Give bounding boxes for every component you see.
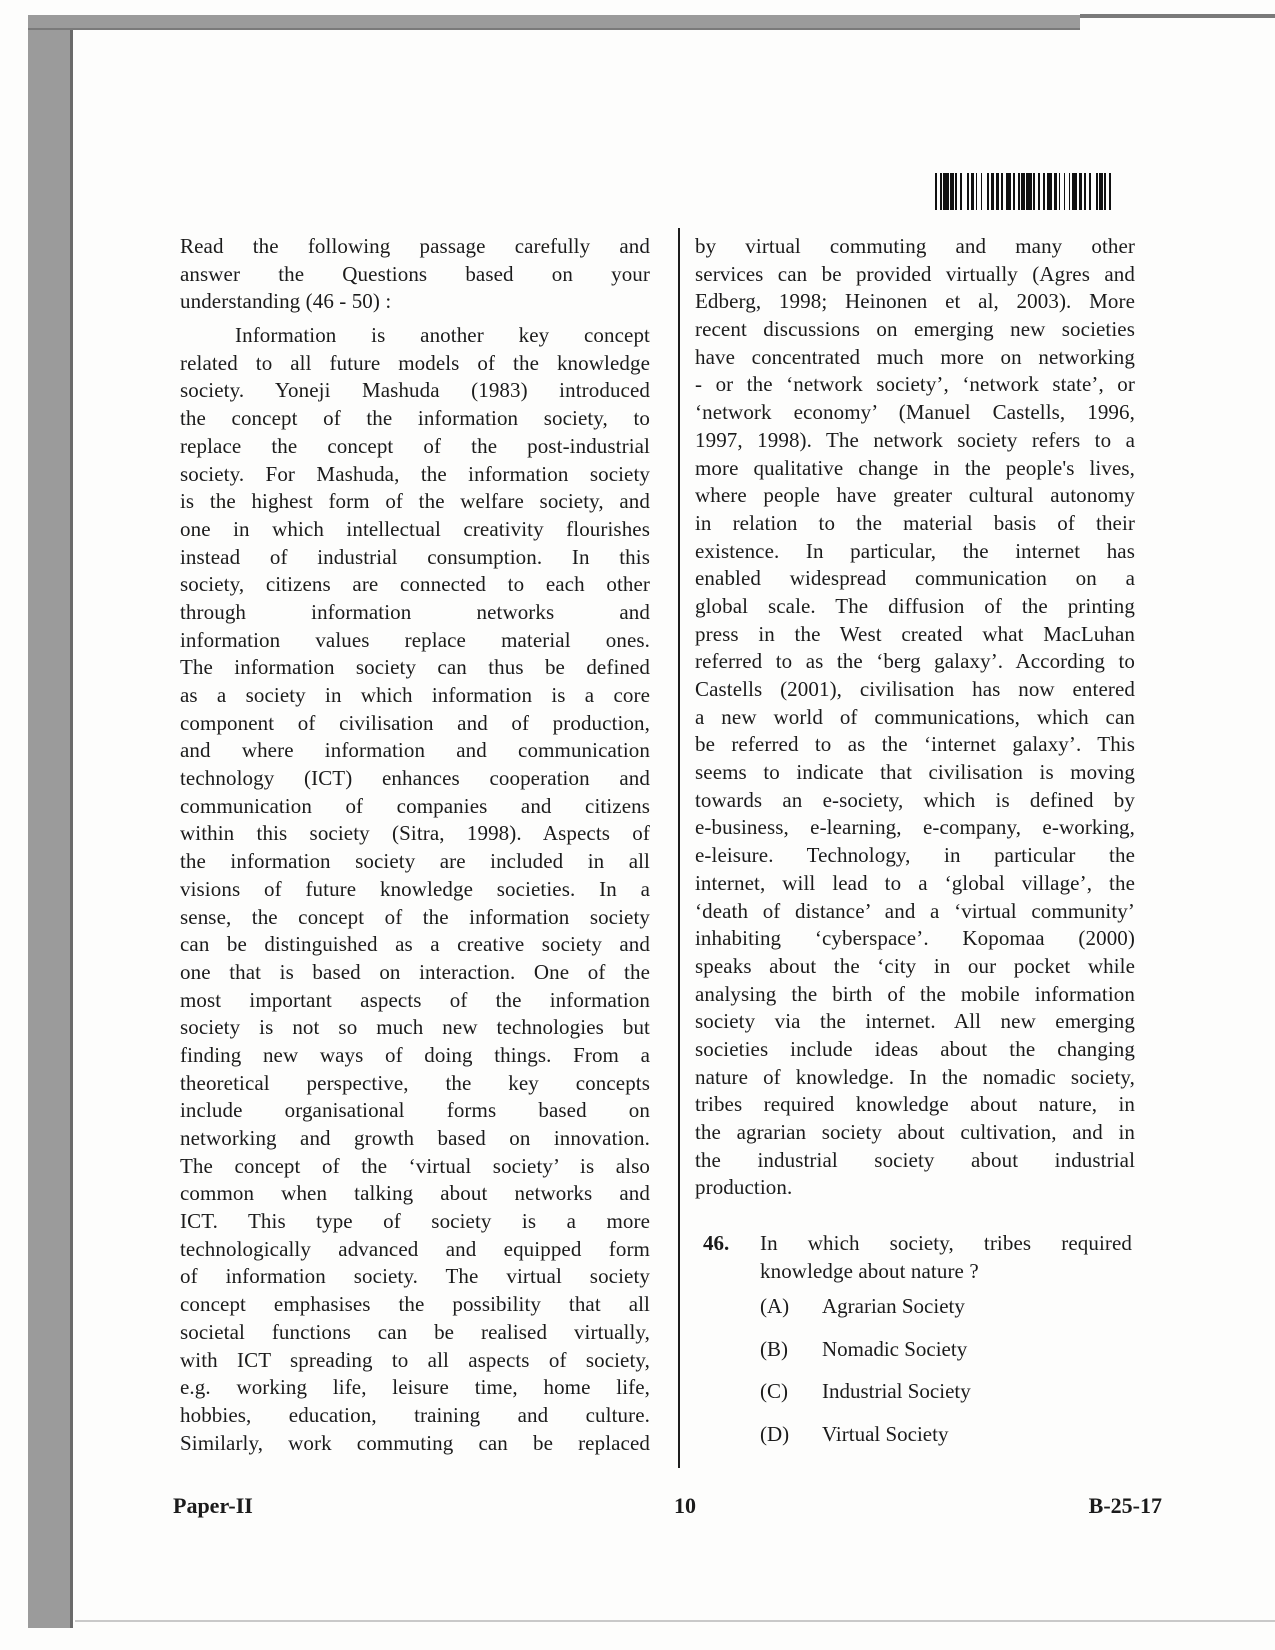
passage-line: Castells (2001), civilisation has now en…	[695, 676, 1135, 704]
option-text: Virtual Society	[822, 1421, 971, 1449]
scan-border-top-thin	[1080, 14, 1275, 18]
passage-line: where people have greater cultural auton…	[695, 482, 1135, 510]
question-line: knowledge about nature ?	[760, 1258, 1132, 1286]
passage-line: recent discussions on emerging new socie…	[695, 316, 1135, 344]
passage-line: is the highest form of the welfare socie…	[180, 488, 650, 516]
option-text: Agrarian Society	[822, 1293, 971, 1321]
passage-line: nature of knowledge. In the nomadic soci…	[695, 1064, 1135, 1092]
option-text: Industrial Society	[822, 1378, 971, 1406]
passage-line: be referred to as the ‘internet galaxy’.…	[695, 731, 1135, 759]
passage-line: society. Yoneji Mashuda (1983) introduce…	[180, 377, 650, 405]
barcode-gap	[1111, 173, 1114, 210]
passage-line: sense, the concept of the information so…	[180, 904, 650, 932]
passage-line: society via the internet. All new emergi…	[695, 1008, 1135, 1036]
passage-line: with ICT spreading to all aspects of soc…	[180, 1347, 650, 1375]
passage-line: hobbies, education, training and culture…	[180, 1402, 650, 1430]
passage-line: as a society in which information is a c…	[180, 682, 650, 710]
option-label: (C)	[760, 1378, 822, 1406]
passage-line: of information society. The virtual soci…	[180, 1263, 650, 1291]
option-label: (A)	[760, 1293, 822, 1321]
scan-border-left	[28, 15, 73, 1628]
option-row: (A)Agrarian Society	[760, 1293, 971, 1321]
passage-line: society. For Mashuda, the information so…	[180, 461, 650, 489]
passage-line: common when talking about networks and	[180, 1180, 650, 1208]
passage-line: technologically advanced and equipped fo…	[180, 1236, 650, 1264]
passage-line: the agrarian society about cultivation, …	[695, 1119, 1135, 1147]
footer-booklet-code: B-25-17	[1020, 1492, 1162, 1520]
option-row: (B)Nomadic Society	[760, 1336, 971, 1364]
scan-border-top	[28, 15, 1080, 30]
passage-line: Read the following passage carefully and	[180, 233, 650, 261]
passage-line: society, citizens are connected to each …	[180, 571, 650, 599]
passage-line: services can be provided virtually (Agre…	[695, 261, 1135, 289]
passage-line: Information is another key concept	[180, 322, 650, 350]
passage-line: referred to as the ‘berg galaxy’. Accord…	[695, 648, 1135, 676]
barcode-icon	[935, 173, 1177, 210]
passage-line: enabled widespread communication on a	[695, 565, 1135, 593]
option-row: (D)Virtual Society	[760, 1421, 971, 1449]
passage-line: include organisational forms based on	[180, 1097, 650, 1125]
passage-line: production.	[695, 1174, 1135, 1202]
passage-line: e.g. working life, leisure time, home li…	[180, 1374, 650, 1402]
passage-line: societies include ideas about the changi…	[695, 1036, 1135, 1064]
passage-line: The information society can thus be defi…	[180, 654, 650, 682]
passage-line: through information networks and	[180, 599, 650, 627]
passage-line: related to all future models of the know…	[180, 350, 650, 378]
passage-line: communication of companies and citizens	[180, 793, 650, 821]
passage-line: society is not so much new technologies …	[180, 1014, 650, 1042]
passage-line: concept emphasises the possibility that …	[180, 1291, 650, 1319]
option-row: (C)Industrial Society	[760, 1378, 971, 1406]
passage-line: ‘network economy’ (Manuel Castells, 1996…	[695, 399, 1135, 427]
question-line: In which society, tribes required	[760, 1230, 1132, 1258]
column-divider	[678, 228, 680, 1468]
passage-line: understanding (46 - 50) :	[180, 288, 650, 316]
passage-line: one in which intellectual creativity flo…	[180, 516, 650, 544]
passage-line: component of civilisation and of product…	[180, 710, 650, 738]
scan-border-bottom	[75, 1620, 1275, 1622]
footer-paper-label: Paper-II	[173, 1492, 253, 1520]
passage-line: existence. In particular, the internet h…	[695, 538, 1135, 566]
passage-line: The concept of the ‘virtual society’ is …	[180, 1153, 650, 1181]
passage-line: inhabiting ‘cyberspace’. Kopomaa (2000)	[695, 925, 1135, 953]
passage-line: towards an e-society, which is defined b…	[695, 787, 1135, 815]
passage-line: the concept of the information society, …	[180, 405, 650, 433]
passage-line: the industrial society about industrial	[695, 1147, 1135, 1175]
passage-line: and where information and communication	[180, 737, 650, 765]
passage-line: ICT. This type of society is a more	[180, 1208, 650, 1236]
passage-line: Edberg, 1998; Heinonen et al, 2003). Mor…	[695, 288, 1135, 316]
passage-line: in relation to the material basis of the…	[695, 510, 1135, 538]
passage-line: analysing the birth of the mobile inform…	[695, 981, 1135, 1009]
passage-line: technology (ICT) enhances cooperation an…	[180, 765, 650, 793]
passage-line: Similarly, work commuting can be replace…	[180, 1430, 650, 1458]
question-number: 46.	[703, 1230, 729, 1258]
passage-line: most important aspects of the informatio…	[180, 987, 650, 1015]
passage-line: instead of industrial consumption. In th…	[180, 544, 650, 572]
passage-line: one that is based on interaction. One of…	[180, 959, 650, 987]
passage-line: tribes required knowledge about nature, …	[695, 1091, 1135, 1119]
passage-line: have concentrated much more on networkin…	[695, 344, 1135, 372]
option-label: (B)	[760, 1336, 822, 1364]
question-text: In which society, tribes requiredknowled…	[760, 1230, 1132, 1285]
passage-line: - or the ‘network society’, ‘network sta…	[695, 371, 1135, 399]
passage-line: seems to indicate that civilisation is m…	[695, 759, 1135, 787]
passage-line: information values replace material ones…	[180, 627, 650, 655]
passage-line: the information society are included in …	[180, 848, 650, 876]
passage-line: press in the West created what MacLuhan	[695, 621, 1135, 649]
footer-page-number: 10	[655, 1492, 715, 1520]
passage-line: e-leisure. Technology, in particular the	[695, 842, 1135, 870]
passage-line: answer the Questions based on your	[180, 261, 650, 289]
question-options: (A)Agrarian Society(B)Nomadic Society(C)…	[760, 1293, 971, 1464]
passage-line: by virtual commuting and many other	[695, 233, 1135, 261]
passage-line: internet, will lead to a ‘global village…	[695, 870, 1135, 898]
passage-line: replace the concept of the post-industri…	[180, 433, 650, 461]
passage-line: visions of future knowledge societies. I…	[180, 876, 650, 904]
passage-line: societal functions can be realised virtu…	[180, 1319, 650, 1347]
passage-line: can be distinguished as a creative socie…	[180, 931, 650, 959]
passage-line: more qualitative change in the people's …	[695, 455, 1135, 483]
passage-line: theoretical perspective, the key concept…	[180, 1070, 650, 1098]
passage-line: e-business, e-learning, e-company, e-wor…	[695, 814, 1135, 842]
option-label: (D)	[760, 1421, 822, 1449]
option-text: Nomadic Society	[822, 1336, 971, 1364]
passage-line: speaks about the ‘city in our pocket whi…	[695, 953, 1135, 981]
passage-line: 1997, 1998). The network society refers …	[695, 427, 1135, 455]
passage-line: a new world of communications, which can	[695, 704, 1135, 732]
passage-line: global scale. The diffusion of the print…	[695, 593, 1135, 621]
passage-line: within this society (Sitra, 1998). Aspec…	[180, 820, 650, 848]
document-page: Read the following passage carefully and…	[0, 0, 1275, 1650]
passage-line: ‘death of distance’ and a ‘virtual commu…	[695, 898, 1135, 926]
passage-line: networking and growth based on innovatio…	[180, 1125, 650, 1153]
passage-line: finding new ways of doing things. From a	[180, 1042, 650, 1070]
passage-column-left: Read the following passage carefully and…	[180, 233, 650, 1457]
passage-column-right: by virtual commuting and many otherservi…	[695, 233, 1135, 1202]
